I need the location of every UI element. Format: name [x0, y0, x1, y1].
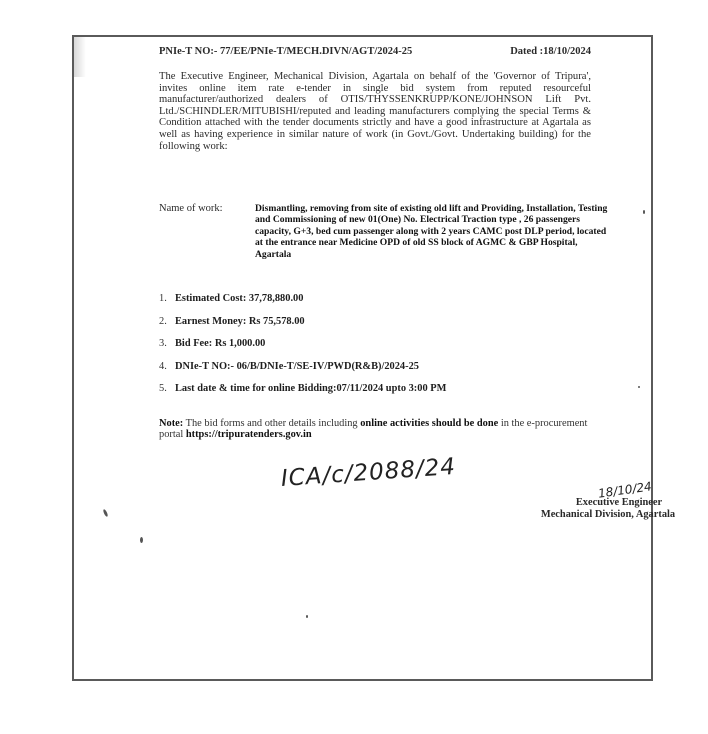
signature-block: 18/10/24 Executive Engineer Mechanical D… — [528, 497, 688, 520]
reference-header: PNIe-T NO:- 77/EE/PNIe-T/MECH.DIVN/AGT/2… — [159, 46, 591, 57]
list-item: 5. Last date & time for online Bidding:0… — [159, 383, 599, 406]
tender-details-list: 1. Estimated Cost: 37,78,880.00 2. Earne… — [159, 293, 599, 406]
note-emphasis: online activities should be done — [360, 418, 498, 429]
item-number: 4. — [159, 361, 175, 372]
item-number: 5. — [159, 383, 175, 394]
note-text-1: The bid forms and other details includin… — [183, 418, 360, 429]
list-item: 3. Bid Fee: Rs 1,000.00 — [159, 338, 599, 361]
item-number: 2. — [159, 316, 175, 327]
scan-shadow — [74, 37, 86, 77]
scan-speck — [306, 615, 308, 618]
dnit-number: DNIe-T NO:- 06/B/DNIe-T/SE-IV/PWD(R&B)/2… — [175, 361, 419, 372]
item-number: 3. — [159, 338, 175, 349]
document-date: Dated :18/10/2024 — [510, 46, 591, 57]
note-label: Note: — [159, 418, 183, 429]
last-bidding-date: Last date & time for online Bidding:07/1… — [175, 383, 446, 394]
bid-fee: Bid Fee: Rs 1,000.00 — [175, 338, 265, 349]
signatory-division: Mechanical Division, Agartala — [528, 509, 688, 521]
earnest-money: Earnest Money: Rs 75,578.00 — [175, 316, 305, 327]
work-description: Dismantling, removing from site of exist… — [255, 203, 615, 260]
scan-speck — [102, 509, 108, 518]
work-label: Name of work: — [159, 203, 249, 214]
scan-speck — [643, 210, 645, 214]
note-paragraph: Note: The bid forms and other details in… — [159, 418, 599, 441]
estimated-cost: Estimated Cost: 37,78,880.00 — [175, 293, 303, 304]
handwritten-reference: ICA/c/2088/24 — [280, 454, 457, 492]
list-item: 4. DNIe-T NO:- 06/B/DNIe-T/SE-IV/PWD(R&B… — [159, 361, 599, 384]
list-item: 1. Estimated Cost: 37,78,880.00 — [159, 293, 599, 316]
reference-number: PNIe-T NO:- 77/EE/PNIe-T/MECH.DIVN/AGT/2… — [159, 46, 412, 57]
scan-speck — [638, 386, 640, 388]
intro-paragraph: The Executive Engineer, Mechanical Divis… — [159, 71, 591, 152]
document-page: PNIe-T NO:- 77/EE/PNIe-T/MECH.DIVN/AGT/2… — [72, 35, 653, 681]
item-number: 1. — [159, 293, 175, 304]
list-item: 2. Earnest Money: Rs 75,578.00 — [159, 316, 599, 339]
scan-speck — [140, 537, 143, 543]
portal-link[interactable]: https://tripuratenders.gov.in — [186, 429, 312, 440]
